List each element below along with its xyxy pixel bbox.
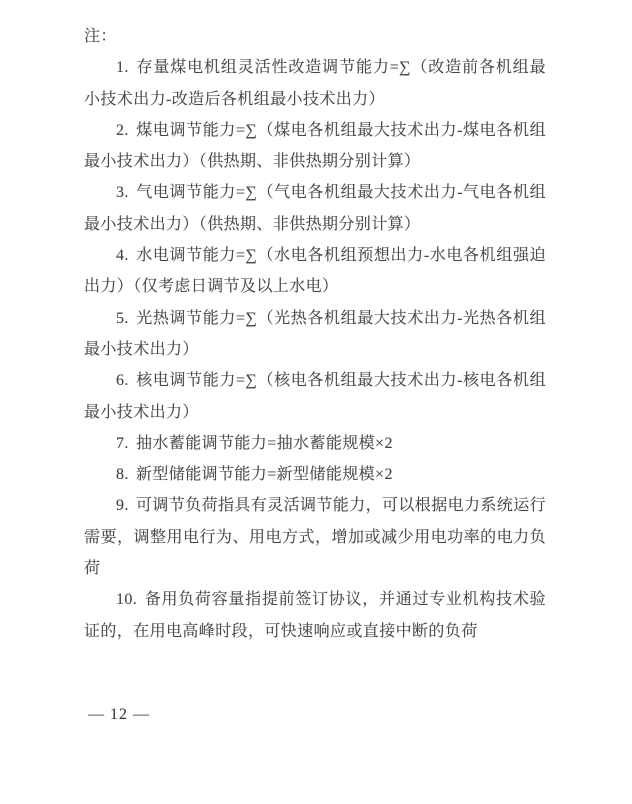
note-label: 注： bbox=[84, 21, 546, 52]
note-item-10: 10.备用负荷容量指提前签订协议，并通过专业机构技术验证的，在用电高峰时段，可快… bbox=[84, 584, 546, 647]
item-number: 6. bbox=[116, 372, 129, 389]
note-item-6: 6.核电调节能力=∑（核电各机组最大技术出力-核电各机组最小技术出力） bbox=[84, 365, 546, 428]
item-number: 1. bbox=[116, 59, 129, 76]
note-item-8: 8.新型储能调节能力=新型储能规模×2 bbox=[84, 459, 546, 490]
item-number: 2. bbox=[116, 122, 129, 139]
note-item-3: 3.气电调节能力=∑（气电各机组最大技术出力-气电各机组最小技术出力）（供热期、… bbox=[84, 177, 546, 240]
document-page: 注： 1.存量煤电机组灵活性改造调节能力=∑（改造前各机组最小技术出力-改造后各… bbox=[0, 0, 632, 804]
item-text: 新型储能调节能力=新型储能规模×2 bbox=[136, 466, 393, 483]
item-text: 可调节负荷指具有灵活调节能力，可以根据电力系统运行需要，调整用电行为、用电方式，… bbox=[84, 497, 546, 577]
item-text: 光热调节能力=∑（光热各机组最大技术出力-光热各机组最小技术出力） bbox=[84, 310, 546, 358]
note-item-2: 2.煤电调节能力=∑（煤电各机组最大技术出力-煤电各机组最小技术出力）（供热期、… bbox=[84, 115, 546, 178]
note-item-7: 7.抽水蓄能调节能力=抽水蓄能规模×2 bbox=[84, 428, 546, 459]
item-number: 8. bbox=[116, 466, 129, 483]
item-text: 气电调节能力=∑（气电各机组最大技术出力-气电各机组最小技术出力）（供热期、非供… bbox=[84, 184, 546, 232]
item-number: 5. bbox=[116, 310, 129, 327]
note-item-9: 9.可调节负荷指具有灵活调节能力，可以根据电力系统运行需要，调整用电行为、用电方… bbox=[84, 490, 546, 584]
item-text: 备用负荷容量指提前签订协议，并通过专业机构技术验证的，在用电高峰时段，可快速响应… bbox=[84, 591, 546, 639]
item-number: 10. bbox=[116, 591, 137, 608]
item-number: 4. bbox=[116, 247, 129, 264]
notes-section: 注： 1.存量煤电机组灵活性改造调节能力=∑（改造前各机组最小技术出力-改造后各… bbox=[84, 21, 546, 647]
item-text: 存量煤电机组灵活性改造调节能力=∑（改造前各机组最小技术出力-改造后各机组最小技… bbox=[84, 59, 546, 107]
item-text: 煤电调节能力=∑（煤电各机组最大技术出力-煤电各机组最小技术出力）（供热期、非供… bbox=[84, 122, 546, 170]
item-number: 3. bbox=[116, 184, 129, 201]
item-text: 水电调节能力=∑（水电各机组预想出力-水电各机组强迫出力）（仅考虑日调节及以上水… bbox=[84, 247, 546, 295]
item-number: 9. bbox=[116, 497, 129, 514]
item-text: 核电调节能力=∑（核电各机组最大技术出力-核电各机组最小技术出力） bbox=[84, 372, 546, 420]
note-item-1: 1.存量煤电机组灵活性改造调节能力=∑（改造前各机组最小技术出力-改造后各机组最… bbox=[84, 52, 546, 115]
note-item-4: 4.水电调节能力=∑（水电各机组预想出力-水电各机组强迫出力）（仅考虑日调节及以… bbox=[84, 240, 546, 303]
item-number: 7. bbox=[116, 435, 129, 452]
page-number: — 12 — bbox=[88, 703, 150, 727]
note-item-5: 5.光热调节能力=∑（光热各机组最大技术出力-光热各机组最小技术出力） bbox=[84, 303, 546, 366]
item-text: 抽水蓄能调节能力=抽水蓄能规模×2 bbox=[136, 435, 393, 452]
